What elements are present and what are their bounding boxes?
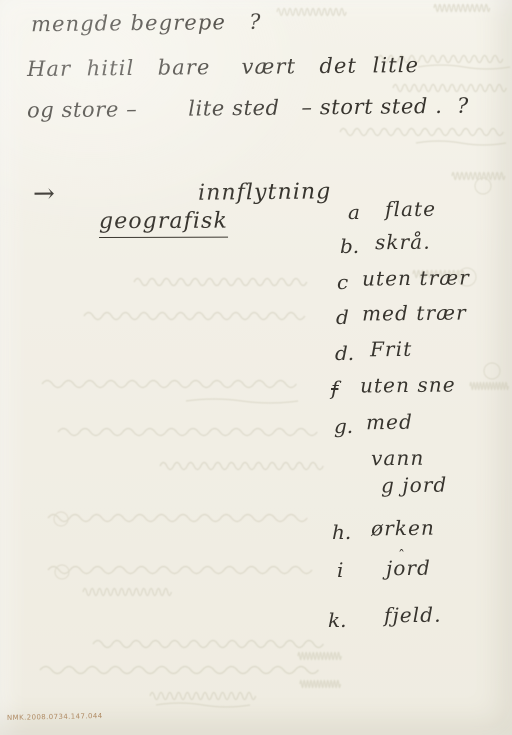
list-item-text: Frit	[370, 338, 413, 361]
list-letter: b.	[340, 234, 359, 258]
list-item-text: flate	[385, 198, 436, 222]
arrow-icon: →	[33, 180, 55, 210]
list-item-text: fjeld.	[384, 604, 442, 628]
list-letter: k.	[328, 608, 346, 632]
list-item-text: g jord	[381, 474, 448, 498]
list-item-text: ørken	[371, 517, 435, 541]
list-item-text: uten sne	[360, 373, 456, 397]
scanned-notebook-page: mengde begrepe ? Har hitil bare vært det…	[0, 0, 512, 735]
list-letter: d.	[335, 341, 354, 365]
list-letter: c	[337, 270, 348, 294]
sentence-line-1: Har hitil bare vært det litle	[27, 53, 419, 81]
list-letter: a	[348, 200, 360, 224]
list-item-text: med	[366, 411, 413, 434]
list-letter: i	[337, 558, 343, 582]
sentence-line-2: og store – lite sted – stort sted . ?	[27, 94, 469, 123]
underlined-text: geografisk	[99, 209, 228, 239]
list-letter: h.	[332, 520, 351, 544]
list-item-text: skrå.	[375, 231, 431, 255]
heading-second-word: innflytning	[198, 179, 332, 206]
list-item-text: med trær	[362, 301, 467, 325]
list-item-text: vann	[371, 447, 425, 471]
list-item-text: uten trær	[362, 266, 470, 290]
list-letter: g.	[334, 414, 353, 438]
list-letter: d	[336, 305, 349, 329]
list-letter-struck: f	[331, 376, 338, 400]
list-item-text: jord	[386, 557, 431, 580]
title-line: mengde begrepe ?	[31, 10, 262, 37]
